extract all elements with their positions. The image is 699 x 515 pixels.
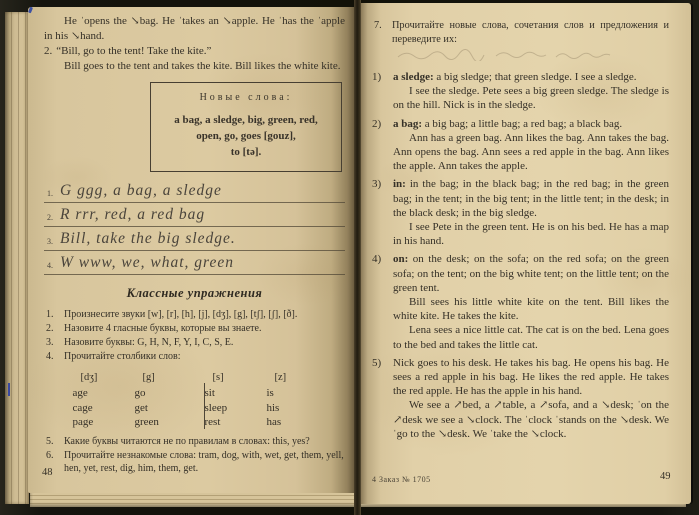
table-cell: page: [71, 415, 133, 430]
item-number: 2.: [44, 45, 52, 57]
handwriting-text: R rrr, red, a red bag: [60, 206, 205, 223]
table-header-cell: [dʒ]: [71, 370, 133, 386]
pencil-scribble: [396, 49, 626, 61]
exercise-number: 2.: [46, 322, 54, 335]
new-words-box: Новые слова: a bag, a sledge, big, green…: [150, 82, 342, 172]
item-text: a big sledge; that green sledge. I see a…: [434, 71, 637, 83]
item-number: 3): [372, 177, 381, 191]
exercise-text: Назовите 4 гласные буквы, которые вы зна…: [64, 323, 261, 334]
exercise-text: Прочитайте столбики слов:: [64, 351, 181, 362]
handwriting-line-number: 3.: [47, 237, 53, 246]
table-header-row: [dʒ] [g] [s] [z]: [71, 370, 319, 386]
item-paragraph: Lena sees a nice little cat. The cat is …: [393, 323, 669, 351]
class-exercises-heading: Классные упражнения: [44, 286, 345, 301]
item-lead-word: a bag:: [393, 118, 422, 130]
paragraph: He ˈopens the ↘bag. He ˈtakes an ↘apple.…: [44, 14, 345, 44]
word-table: [dʒ] [g] [s] [z] age go sit is cage get …: [71, 370, 319, 430]
exercise-item: 3.Назовите буквы: G, H, N, F, Y, I, C, S…: [44, 336, 345, 349]
item-paragraph: Bill sees his little white kite on the t…: [393, 295, 669, 323]
new-words-line: open, go, goes [gouz],: [156, 128, 336, 144]
exercise-item: 1.Произнесите звуки [w], [r], [h], [j], …: [44, 308, 345, 321]
handwriting-line: 2.R rrr, red, a red bag: [44, 206, 345, 227]
table-cell: cage: [71, 401, 133, 416]
exercise-number: 1.: [46, 308, 54, 321]
handwriting-line-number: 1.: [47, 189, 53, 198]
exercise-number: 4.: [46, 350, 54, 363]
exercise-item: 4.Прочитайте столбики слов:: [44, 350, 345, 363]
handwriting-text: Bill, take the big sledge.: [60, 230, 236, 247]
handwriting-line-number: 4.: [47, 261, 53, 270]
item-lead-word: in:: [393, 178, 406, 190]
new-words-line: a bag, a sledge, big, green, red,: [156, 112, 336, 128]
item-text: on the desk; on the sofa; on the red sof…: [393, 253, 669, 293]
handwriting-text: W www, we, what, green: [60, 254, 234, 271]
reading-item: 3) in: in the bag; in the black bag; in …: [372, 177, 669, 248]
left-page-content: He ˈopens the ↘bag. He ˈtakes an ↘apple.…: [44, 14, 345, 476]
item-paragraph: I see Pete in the green tent. He is on h…: [393, 220, 669, 248]
item-paragraph: Nick goes to his desk. He takes his bag.…: [393, 356, 669, 399]
item-paragraph: a bag: a big bag; a little bag; a red ba…: [393, 117, 669, 131]
handwriting-line: 4.W www, we, what, green: [44, 254, 345, 275]
exercise-text: Прочитайте новые слова, сочетания слов и…: [392, 20, 669, 45]
item-number: 1): [372, 70, 381, 84]
item-number: 4): [372, 252, 381, 266]
table-row: page green rest has: [71, 415, 319, 430]
handwriting-line: 3.Bill, take the big sledge.: [44, 230, 345, 251]
handwriting-block: 1.G ggg, a bag, a sledge 2.R rrr, red, a…: [44, 182, 345, 275]
blue-ink-mark: [8, 383, 10, 396]
paragraph: Bill goes to the tent and takes the kite…: [44, 59, 345, 74]
exercise-text: Произнесите звуки [w], [r], [h], [j], [d…: [64, 309, 297, 320]
exercise-item: 5.Какие буквы читаются не по правилам в …: [44, 435, 345, 448]
new-words-title: Новые слова:: [156, 92, 336, 103]
table-cell: his: [265, 401, 319, 416]
exercise-number: 7.: [374, 19, 382, 33]
right-page-content: 7.Прочитайте новые слова, сочетания слов…: [372, 19, 669, 441]
book-gutter: [354, 0, 361, 515]
item-paragraph: I see the sledge. Pete sees a big green …: [393, 84, 669, 112]
right-page-number: 49: [660, 471, 671, 482]
table-cell: has: [265, 415, 319, 430]
table-cell: age: [71, 386, 133, 401]
exercise-item: 2.Назовите 4 гласные буквы, которые вы з…: [44, 322, 345, 335]
numbered-paragraph: 2.“Bill, go to the tent! Take the kite.”: [44, 44, 345, 59]
reading-item: 1) a sledge: a big sledge; that green sl…: [372, 70, 669, 113]
exercise-text: Назовите буквы: G, H, N, F, Y, I, C, S, …: [64, 337, 233, 348]
table-cell: get: [133, 401, 203, 416]
exercise-7: 7.Прочитайте новые слова, сочетания слов…: [372, 19, 669, 46]
item-paragraph: Ann has a green bag. Ann likes the bag. …: [393, 131, 669, 174]
item-text: in the bag; in the black bag; in the red…: [393, 178, 669, 218]
table-header-cell: [z]: [265, 370, 319, 386]
item-paragraph: on: on the desk; on the sofa; on the red…: [393, 252, 669, 295]
exercise-text: Прочитайте незнакомые слова: tram, dog, …: [64, 450, 344, 474]
table-row: age go sit is: [71, 386, 319, 401]
table-cell: sit: [203, 386, 265, 401]
exercise-item: 6.Прочитайте незнакомые слова: tram, dog…: [44, 449, 345, 475]
item-text: Nick goes to his desk. He takes his bag.…: [393, 357, 669, 397]
item-lead-word: a sledge:: [393, 71, 434, 83]
item-lead-word: on:: [393, 253, 408, 265]
table-row: cage get sleep his: [71, 401, 319, 416]
handwriting-line: 1.G ggg, a bag, a sledge: [44, 182, 345, 203]
reading-item: 2) a bag: a big bag; a little bag; a red…: [372, 117, 669, 174]
item-paragraph: a sledge: a big sledge; that green sledg…: [393, 70, 669, 84]
page-stack-left-edge: [5, 12, 29, 504]
item-number: 2): [372, 117, 381, 131]
table-cell: green: [133, 415, 203, 430]
quoted-sentence: “Bill, go to the tent! Take the kite.”: [56, 45, 211, 57]
handwriting-text: G ggg, a bag, a sledge: [60, 182, 222, 199]
new-words-line: to [tə].: [156, 144, 336, 160]
book-scan: { "book": { "left_page": { "page_number"…: [0, 0, 699, 515]
exercise-number: 6.: [46, 449, 54, 462]
table-divider: [204, 383, 205, 429]
table-cell: is: [265, 386, 319, 401]
print-run-note: 4 Заказ № 1705: [372, 475, 431, 484]
exercise-number: 3.: [46, 336, 54, 349]
item-paragraph: We see a ↗bed, a ↗table, a ↗sofa, and a …: [393, 398, 669, 441]
table-header-cell: [s]: [203, 370, 265, 386]
table-cell: rest: [203, 415, 265, 430]
left-page-number: 48: [42, 467, 53, 478]
exercise-text: Какие буквы читаются не по правилам в сл…: [64, 436, 310, 447]
item-paragraph: in: in the bag; in the black bag; in the…: [393, 177, 669, 220]
item-number: 5): [372, 356, 381, 370]
table-cell: sleep: [203, 401, 265, 416]
exercise-number: 5.: [46, 435, 54, 448]
table-header-cell: [g]: [133, 370, 203, 386]
item-text: a big bag; a little bag; a red bag; a bl…: [422, 118, 622, 130]
handwriting-line-number: 2.: [47, 213, 53, 222]
reading-item: 5) Nick goes to his desk. He takes his b…: [372, 356, 669, 441]
table-cell: go: [133, 386, 203, 401]
reading-item: 4) on: on the desk; on the sofa; on the …: [372, 252, 669, 351]
